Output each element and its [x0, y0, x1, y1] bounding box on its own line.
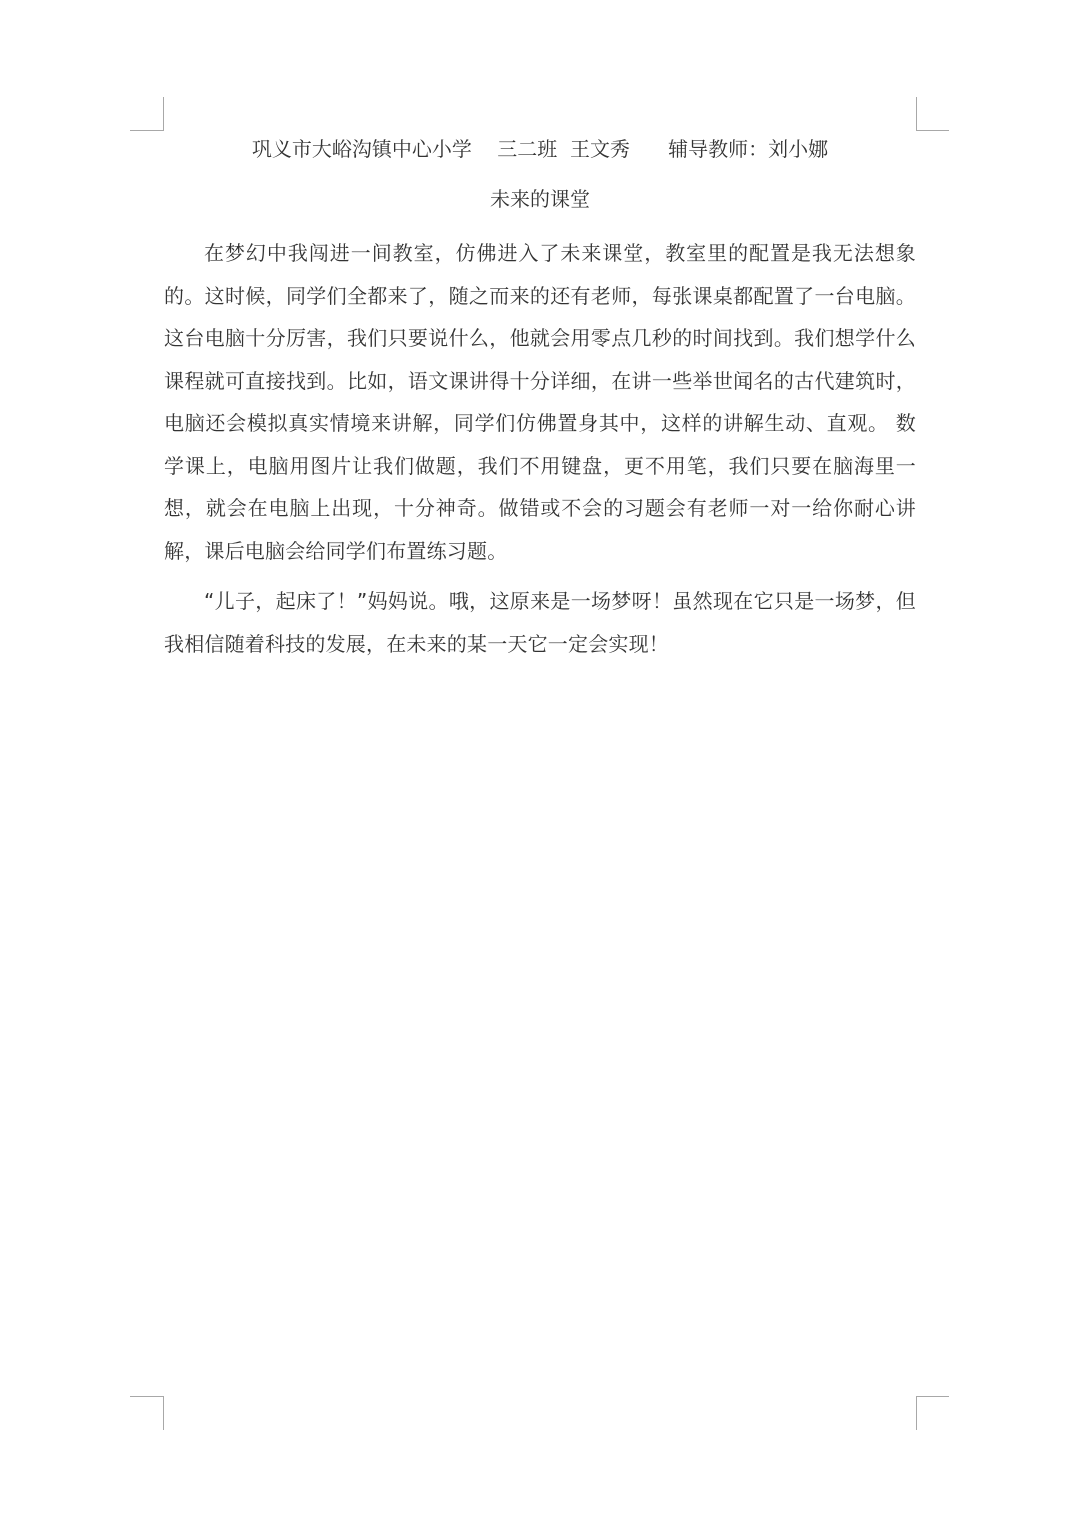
essay-title: 未来的课堂 [0, 184, 1080, 214]
paragraph-1: 在梦幻中我闯进一间教室，仿佛进入了未来课堂，教室里的配置是我无法想象的。这时候，… [164, 232, 916, 572]
corner-mark-bottom-right-vertical [916, 1396, 917, 1430]
corner-mark-bottom-right-horizontal [916, 1396, 949, 1397]
paragraph-2: “儿子，起床了！”妈妈说。哦，这原来是一场梦呀！虽然现在它只是一场梦，但我相信随… [164, 580, 916, 665]
essay-body: 在梦幻中我闯进一间教室，仿佛进入了未来课堂，教室里的配置是我无法想象的。这时候，… [164, 232, 916, 665]
corner-mark-top-right-horizontal [916, 130, 949, 131]
corner-mark-top-right-vertical [916, 97, 917, 131]
corner-mark-top-left-vertical [163, 97, 164, 131]
corner-mark-top-left-horizontal [130, 130, 163, 131]
corner-mark-bottom-left-horizontal [130, 1396, 163, 1397]
author-header: 巩义市大峪沟镇中心小学 三二班 王文秀 辅导教师：刘小娜 [0, 134, 1080, 164]
corner-mark-bottom-left-vertical [163, 1396, 164, 1430]
